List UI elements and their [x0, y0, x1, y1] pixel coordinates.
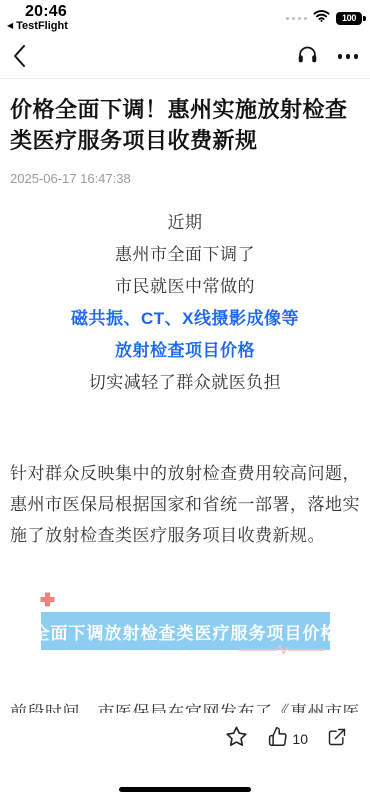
battery-percent: 100: [342, 13, 356, 23]
nav-bar: [0, 34, 370, 79]
cellular-signal-icon: [286, 17, 307, 20]
article-intro: 近期 惠州市全面下调了 市民就医中常做的 磁共振、CT、X线摄影成像等 放射检查…: [10, 207, 360, 399]
battery-icon: 100: [336, 12, 362, 25]
medical-cross-icon: [40, 592, 55, 607]
like-count: 10: [292, 731, 308, 747]
back-triangle-icon: ◀: [7, 22, 13, 30]
favorite-button[interactable]: [225, 725, 248, 753]
share-icon: [327, 727, 347, 752]
headphones-icon[interactable]: [297, 44, 318, 69]
star-icon: [225, 725, 248, 753]
status-icons: 100: [286, 9, 362, 27]
thumbs-up-icon: [267, 726, 288, 752]
section-banner: 全面下调放射检查类医疗服务项目价格: [41, 612, 330, 650]
back-chevron-icon: [13, 54, 26, 71]
back-button[interactable]: [13, 45, 26, 72]
article-title: 价格全面下调！惠州实施放射检查类医疗服务项目收费新规: [10, 94, 360, 156]
home-indicator[interactable]: [119, 787, 251, 792]
more-ellipsis-icon[interactable]: [338, 54, 359, 59]
article-paragraph: 针对群众反映集中的放射检查费用较高问题，惠州市医保局根据国家和省统一部署，落地实…: [10, 458, 360, 551]
intro-line: 近期: [10, 207, 360, 239]
intro-line: 惠州市全面下调了: [10, 239, 360, 271]
intro-line-highlight: 磁共振、CT、X线摄影成像等: [10, 303, 360, 335]
heartbeat-line-icon: [239, 643, 325, 661]
wifi-icon: [313, 9, 330, 27]
nav-actions: [297, 34, 359, 79]
status-time: 20:46: [0, 3, 92, 21]
status-bar: 20:46 ◀ TestFlight 100: [0, 0, 370, 34]
toolbar-actions: 10: [225, 725, 347, 753]
intro-line-highlight: 放射检查项目价格: [10, 335, 360, 367]
intro-line: 切实减轻了群众就医负担: [10, 367, 360, 399]
article-paragraph-clipped: 前段时间，市医保局在官网发布了《惠州市医疗保: [10, 697, 360, 713]
back-to-app-breadcrumb[interactable]: ◀ TestFlight: [7, 20, 68, 32]
article-content: 价格全面下调！惠州实施放射检查类医疗服务项目收费新规 2025-06-17 16…: [0, 80, 370, 713]
share-button[interactable]: [327, 727, 347, 752]
like-button[interactable]: 10: [267, 726, 308, 752]
article-date: 2025-06-17 16:47:38: [10, 171, 360, 186]
intro-line: 市民就医中常做的: [10, 271, 360, 303]
back-app-label: TestFlight: [16, 20, 68, 32]
